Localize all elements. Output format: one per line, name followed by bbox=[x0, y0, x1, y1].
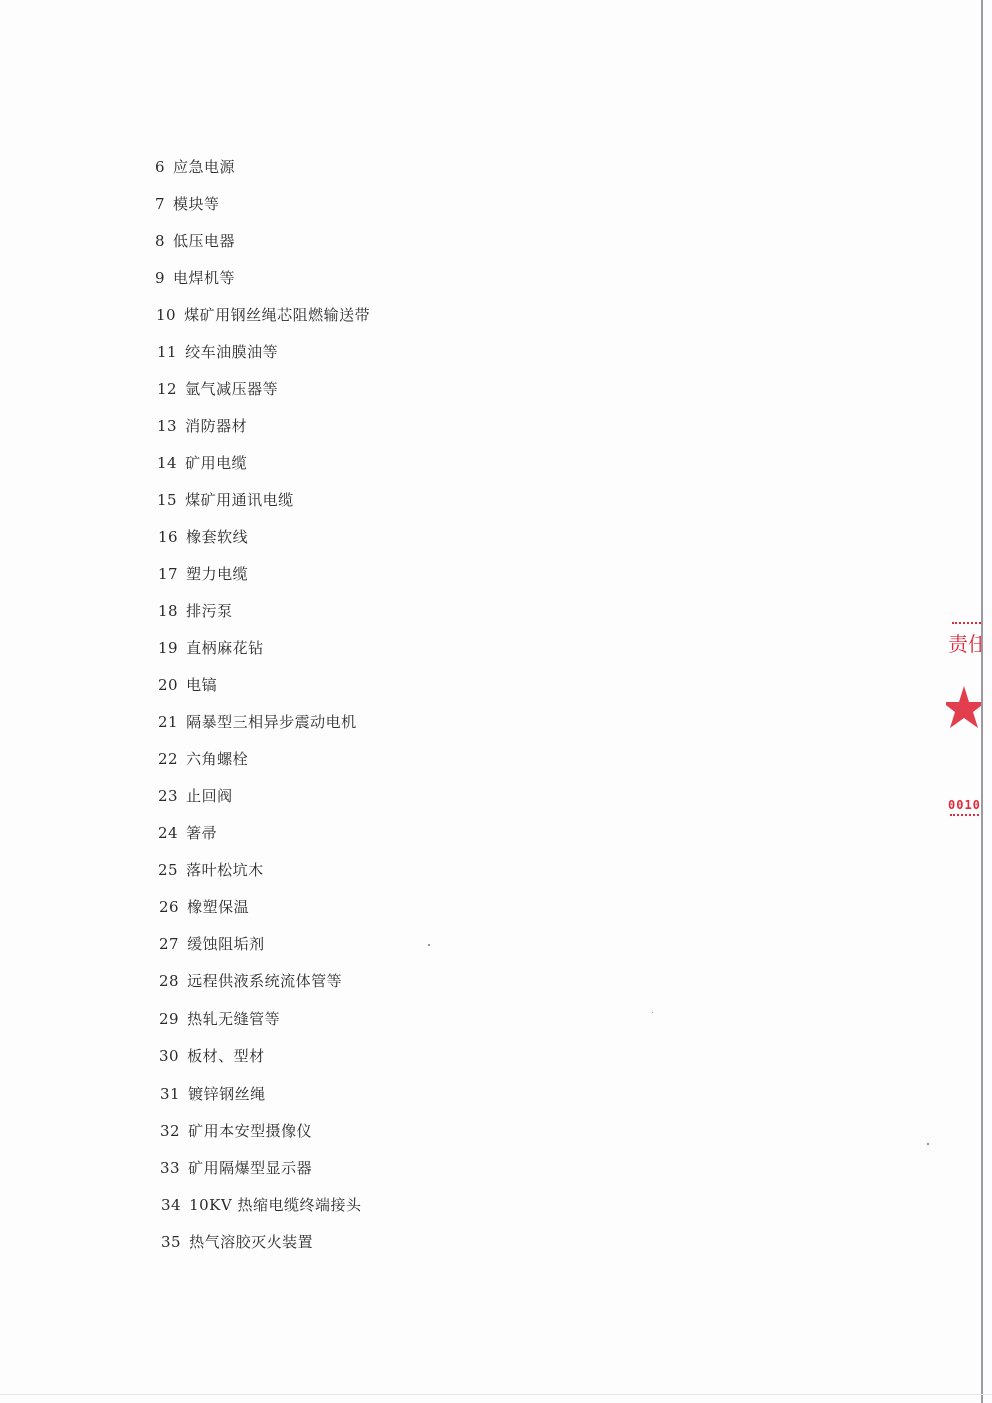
official-seal-stamp: 责任 0010 bbox=[946, 618, 982, 828]
item-number: 22 bbox=[158, 750, 178, 768]
item-number: 24 bbox=[158, 824, 178, 842]
list-item: 26橡塑保温 bbox=[159, 898, 249, 916]
page-bottom-edge bbox=[0, 1394, 992, 1395]
item-number: 19 bbox=[158, 639, 178, 657]
item-number: 17 bbox=[158, 565, 178, 583]
seal-border-bottom bbox=[950, 814, 982, 820]
item-text: 消防器材 bbox=[185, 417, 247, 435]
item-text: 煤矿用钢丝绳芯阻燃输送带 bbox=[184, 306, 370, 324]
item-number: 25 bbox=[158, 861, 178, 879]
item-text: 远程供液系统流体管等 bbox=[187, 972, 342, 990]
item-text: 排污泵 bbox=[186, 602, 233, 620]
list-item: 31镀锌钢丝绳 bbox=[160, 1085, 266, 1103]
item-text: 直柄麻花钻 bbox=[186, 639, 264, 657]
item-number: 8 bbox=[155, 232, 165, 250]
list-item: 19直柄麻花钻 bbox=[158, 639, 264, 657]
list-item: 32矿用本安型摄像仪 bbox=[160, 1122, 312, 1140]
item-number: 29 bbox=[159, 1010, 179, 1028]
list-item: 11绞车油膜油等 bbox=[157, 343, 278, 361]
scan-speck bbox=[927, 1143, 929, 1145]
item-number: 14 bbox=[157, 454, 177, 472]
item-text: 低压电器 bbox=[173, 232, 235, 250]
item-number: 18 bbox=[158, 602, 178, 620]
list-item: 3410KV 热缩电缆终端接头 bbox=[161, 1196, 362, 1214]
list-item: 23止回阀 bbox=[158, 787, 233, 805]
item-text: 电镐 bbox=[186, 676, 217, 694]
item-text: 煤矿用通讯电缆 bbox=[185, 491, 294, 509]
item-number: 21 bbox=[158, 713, 178, 731]
item-number: 27 bbox=[159, 935, 179, 953]
item-text: 热轧无缝管等 bbox=[187, 1010, 280, 1028]
item-text: 六角螺栓 bbox=[186, 750, 248, 768]
item-number: 35 bbox=[161, 1233, 181, 1251]
item-number: 16 bbox=[158, 528, 178, 546]
list-item: 20电镐 bbox=[158, 676, 217, 694]
list-item: 17塑力电缆 bbox=[158, 565, 248, 583]
item-number: 7 bbox=[155, 195, 165, 213]
item-text: 镀锌钢丝绳 bbox=[188, 1085, 266, 1103]
list-item: 25落叶松坑木 bbox=[158, 861, 264, 879]
item-number: 34 bbox=[161, 1196, 181, 1214]
list-item: 15煤矿用通讯电缆 bbox=[157, 491, 294, 509]
seal-border-top bbox=[952, 622, 982, 628]
list-item: 6应急电源 bbox=[155, 158, 235, 176]
list-item: 33矿用隔爆型显示器 bbox=[160, 1159, 312, 1177]
list-item: 12氩气减压器等 bbox=[157, 380, 278, 398]
seal-code: 0010 bbox=[948, 798, 981, 812]
seal-text: 责任 bbox=[948, 632, 982, 656]
item-text: 应急电源 bbox=[173, 158, 235, 176]
item-text: 橡套软线 bbox=[186, 528, 248, 546]
list-item: 16橡套软线 bbox=[158, 528, 248, 546]
item-number: 32 bbox=[160, 1122, 180, 1140]
item-text: 矿用隔爆型显示器 bbox=[188, 1159, 312, 1177]
item-text: 落叶松坑木 bbox=[186, 861, 264, 879]
list-item: 8低压电器 bbox=[155, 232, 235, 250]
page-edge-line bbox=[981, 0, 983, 1403]
item-number: 11 bbox=[157, 343, 177, 361]
item-text: 氩气减压器等 bbox=[185, 380, 278, 398]
item-number: 28 bbox=[159, 972, 179, 990]
item-number: 23 bbox=[158, 787, 178, 805]
scan-speck bbox=[428, 944, 430, 946]
list-item: 10煤矿用钢丝绳芯阻燃输送带 bbox=[156, 306, 370, 324]
item-number: 30 bbox=[159, 1047, 179, 1065]
list-item: 7模块等 bbox=[155, 195, 220, 213]
document-page: 6应急电源 7模块等 8低压电器 9电焊机等 10煤矿用钢丝绳芯阻燃输送带 11… bbox=[0, 0, 992, 1403]
item-text: 模块等 bbox=[173, 195, 220, 213]
list-item: 30板材、型材 bbox=[159, 1047, 265, 1065]
list-item: 9电焊机等 bbox=[155, 269, 235, 287]
item-text: 隔暴型三相异步震动电机 bbox=[186, 713, 357, 731]
item-number: 15 bbox=[157, 491, 177, 509]
item-number: 26 bbox=[159, 898, 179, 916]
item-number: 33 bbox=[160, 1159, 180, 1177]
item-number: 10 bbox=[156, 306, 176, 324]
item-number: 13 bbox=[157, 417, 177, 435]
item-text: 箸帚 bbox=[186, 824, 217, 842]
item-text: 电焊机等 bbox=[173, 269, 235, 287]
item-number: 20 bbox=[158, 676, 178, 694]
item-number: 6 bbox=[155, 158, 165, 176]
item-text: 板材、型材 bbox=[187, 1047, 265, 1065]
item-text: 塑力电缆 bbox=[186, 565, 248, 583]
list-item: 28远程供液系统流体管等 bbox=[159, 972, 342, 990]
list-item: 29热轧无缝管等 bbox=[159, 1010, 280, 1028]
item-text: 橡塑保温 bbox=[187, 898, 249, 916]
item-text: 10KV 热缩电缆终端接头 bbox=[189, 1196, 361, 1214]
item-number: 31 bbox=[160, 1085, 180, 1103]
list-item: 13消防器材 bbox=[157, 417, 247, 435]
list-item: 35热气溶胶灭火装置 bbox=[161, 1233, 313, 1251]
item-number: 12 bbox=[157, 380, 177, 398]
list-item: 21隔暴型三相异步震动电机 bbox=[158, 713, 357, 731]
item-text: 止回阀 bbox=[186, 787, 233, 805]
item-text: 热气溶胶灭火装置 bbox=[189, 1233, 313, 1251]
list-item: 22六角螺栓 bbox=[158, 750, 248, 768]
list-item: 14矿用电缆 bbox=[157, 454, 247, 472]
star-icon bbox=[946, 684, 982, 734]
list-item: 18排污泵 bbox=[158, 602, 233, 620]
item-text: 缓蚀阻垢剂 bbox=[187, 935, 265, 953]
item-text: 矿用本安型摄像仪 bbox=[188, 1122, 312, 1140]
item-number: 9 bbox=[155, 269, 165, 287]
item-text: 绞车油膜油等 bbox=[185, 343, 278, 361]
scan-speck bbox=[652, 1012, 653, 1013]
item-text: 矿用电缆 bbox=[185, 454, 247, 472]
list-item: 27缓蚀阻垢剂 bbox=[159, 935, 265, 953]
list-item: 24箸帚 bbox=[158, 824, 217, 842]
